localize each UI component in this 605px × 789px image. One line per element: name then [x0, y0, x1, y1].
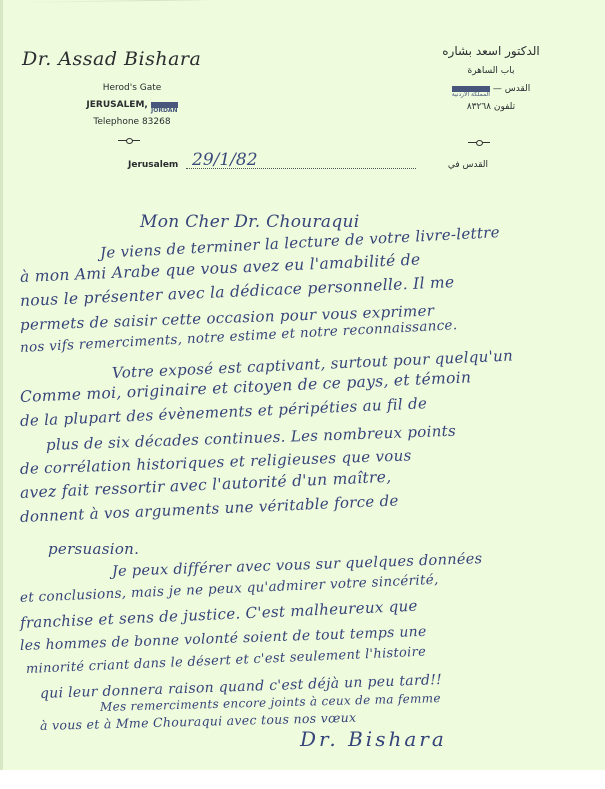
telephone: Telephone 83268 — [62, 114, 202, 131]
ornament-divider — [118, 140, 140, 141]
paper-crease — [20, 0, 580, 3]
arabic-address-1: باب الساهرة — [421, 62, 561, 80]
arabic-redacted-country: المملكة الاردنية — [452, 86, 490, 92]
letter-page: Dr. Assad Bishara Herod's Gate JERUSALEM… — [0, 0, 605, 770]
letterhead-address: Herod's Gate JERUSALEM, JORDAN Telephone… — [62, 80, 202, 131]
address-line-2: JERUSALEM, JORDAN — [62, 97, 202, 114]
address-city: JERUSALEM, — [86, 100, 147, 110]
date-row: Jerusalem 29/1/82 القدس في — [128, 150, 488, 172]
arabic-ornament-divider — [468, 142, 490, 143]
arabic-name: الدكتور اسعد بشاره — [421, 40, 561, 62]
date-label: Jerusalem — [128, 160, 178, 170]
date-value: 29/1/82 — [192, 150, 258, 170]
letterhead-name: Dr. Assad Bishara — [22, 48, 201, 70]
page-edge — [0, 0, 3, 770]
redacted-country: JORDAN — [151, 102, 178, 108]
arabic-telephone: تلفون ٨٣٢٦٨ — [421, 98, 561, 116]
signature: Dr. Bishara — [300, 727, 447, 751]
arabic-letterhead: الدكتور اسعد بشاره باب الساهرة القدس — ا… — [421, 40, 561, 116]
arabic-date-label: القدس في — [448, 160, 488, 170]
address-line-1: Herod's Gate — [62, 80, 202, 97]
arabic-city: القدس — — [493, 84, 530, 94]
salutation: Mon Cher Dr. Chouraqui — [140, 212, 360, 232]
letter-line: persuasion. — [48, 540, 139, 558]
arabic-address-2: القدس — المملكة الاردنية — [421, 80, 561, 98]
